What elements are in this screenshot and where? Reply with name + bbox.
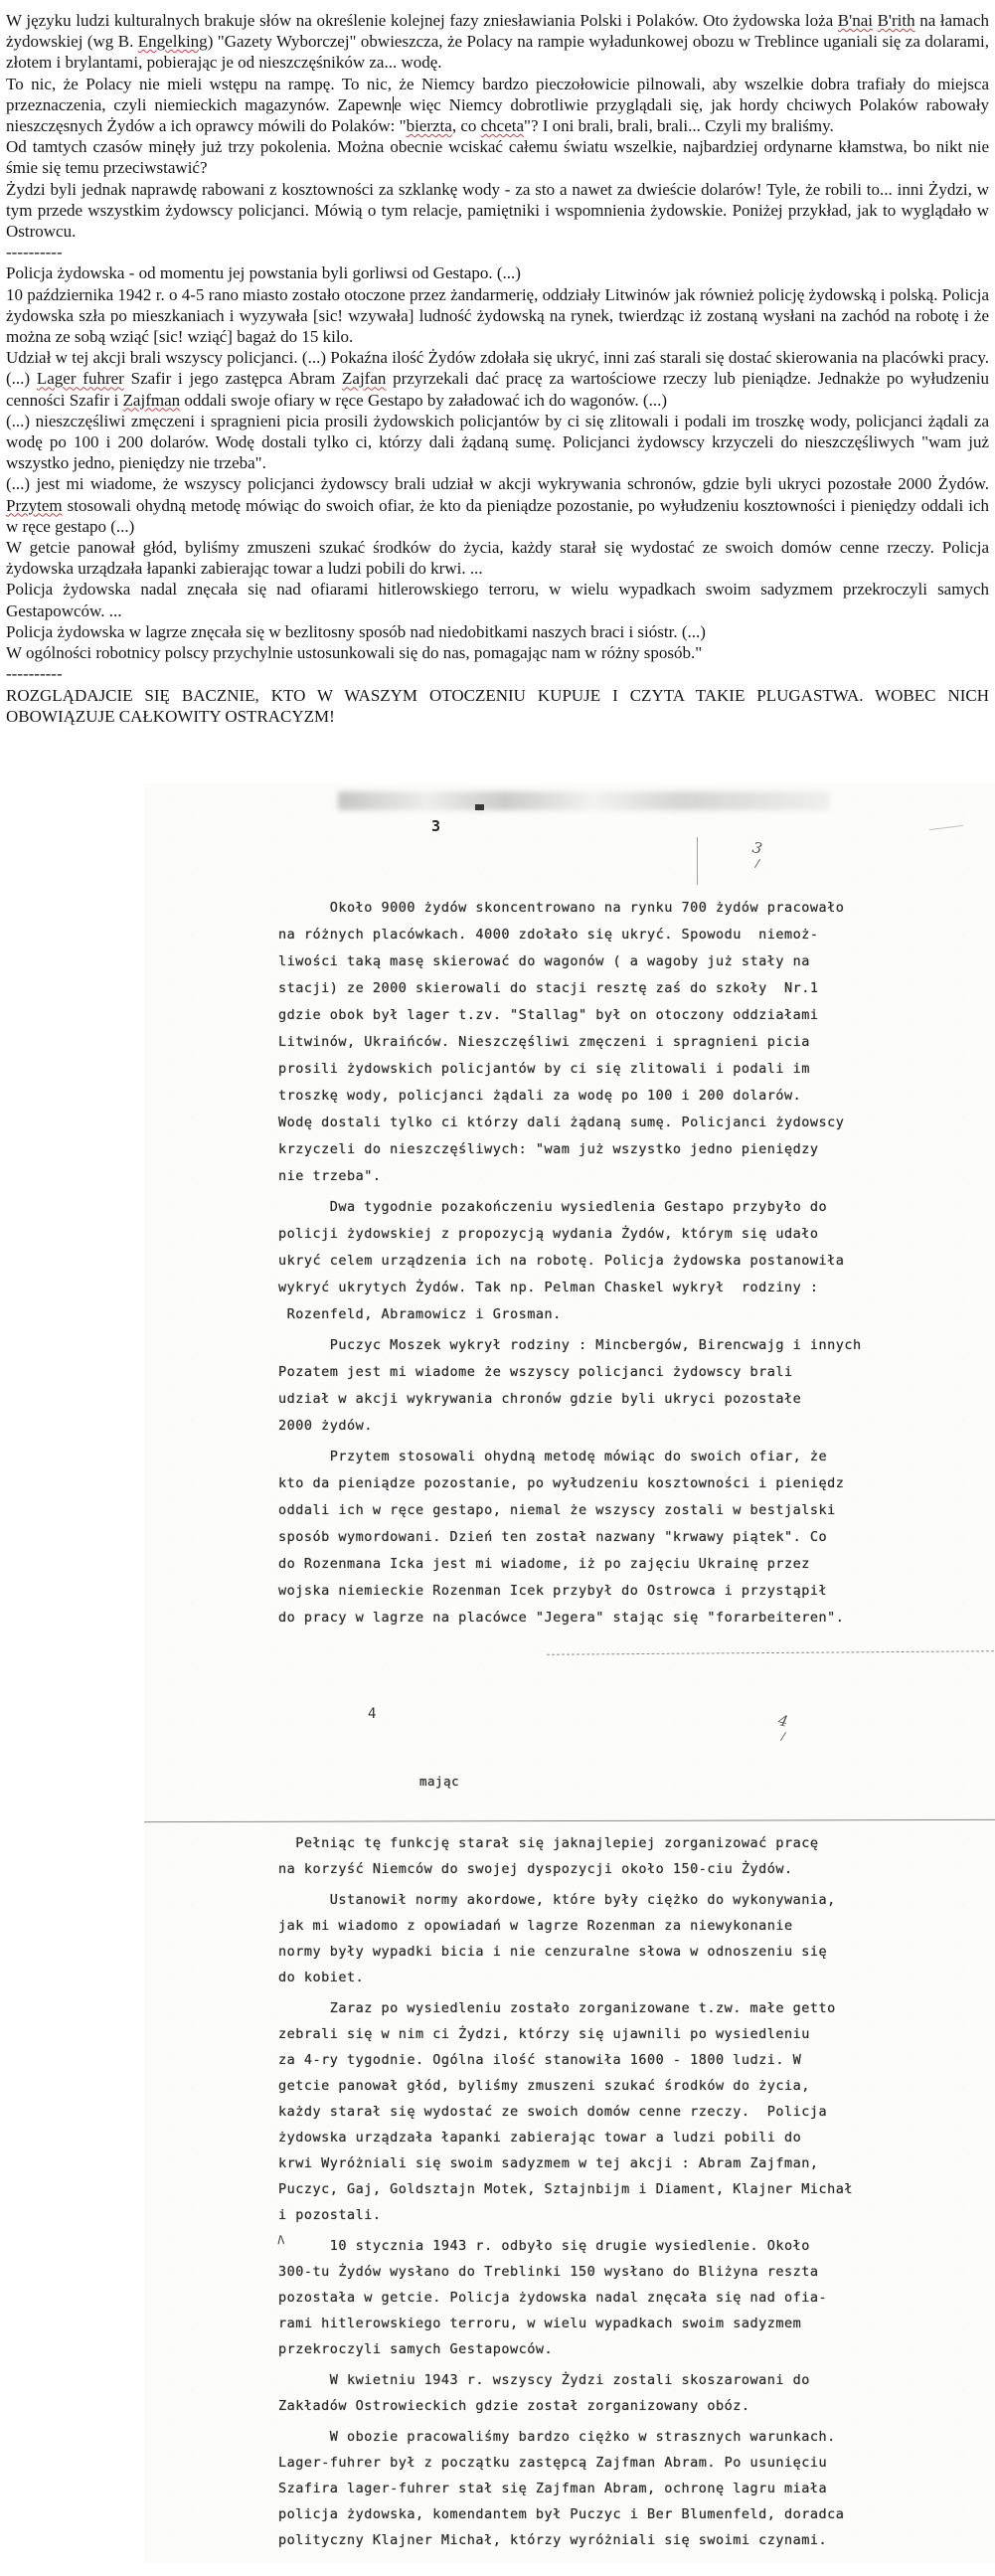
- paragraph: Policja żydowska - od momentu jej powsta…: [6, 262, 989, 283]
- text-segment: ----------: [6, 664, 63, 683]
- ink-blot: [475, 804, 484, 810]
- typewritten-line: kto da pieniądze pozostanie, po wyłudzen…: [278, 1470, 862, 1497]
- typewritten-line: pozostała w getcie. Policja żydowska nad…: [278, 2285, 853, 2311]
- typewritten-line: Pełniąc tę funkcję starał się jaknajlepi…: [278, 1830, 853, 1856]
- text-segment: Od tamtych czasów minęły już trzy pokole…: [6, 137, 989, 177]
- typewritten-paragraph: Ustanowił normy akordowe, które były cię…: [278, 1887, 853, 1990]
- typewritten-line: i pozostali.: [278, 2202, 853, 2228]
- page3-number: 3: [431, 817, 440, 835]
- typewritten-line: normy były wypadki bicia i nie cenzuraln…: [278, 1939, 853, 1965]
- paragraph: Policja żydowska w lagrze znęcała się w …: [6, 621, 989, 642]
- text-segment: oddali swoje ofiary w ręce Gestapo by za…: [180, 391, 667, 410]
- typewritten-line: krwi Wyróżniali się swoim sadyzmem w tej…: [278, 2150, 853, 2176]
- misspelled-word: bierzta: [407, 116, 452, 135]
- paragraph: W getcie panował głód, byliśmy zmuszeni …: [6, 537, 989, 579]
- page3-typed-text: Około 9000 żydów skoncentrowano na rynku…: [278, 895, 862, 1631]
- paragraph: 10 października 1942 r. o 4-5 rano miast…: [6, 284, 989, 348]
- typewritten-line: jak mi wiadomo z opowiadań w lagrze Roze…: [278, 1913, 853, 1939]
- typewritten-line: za 4-ry tygodnie. Ogólna ilość stanowiła…: [278, 2047, 853, 2073]
- scanned-document: 3 3 Około 9000 żydów skoncentrowano na r…: [144, 783, 995, 2563]
- typewritten-line: stacji) ze 2000 skierowali do stacji res…: [278, 975, 862, 1002]
- typewritten-line: do kobiet.: [278, 1965, 853, 1990]
- text-segment: Policja żydowska w lagrze znęcała się w …: [6, 622, 706, 641]
- interline-inserted-word: mając: [419, 1774, 459, 1789]
- typewritten-paragraph: W kwietniu 1943 r. wszyscy Żydzi zostali…: [278, 2367, 853, 2419]
- typewritten-line: 2000 żydów.: [278, 1413, 862, 1440]
- typewritten-line: Szafira lager-fuhrer stał się Zajfman Ab…: [278, 2476, 853, 2501]
- handwritten-mark-page3: 3: [750, 838, 763, 858]
- typewritten-line: Pozatem jest mi wiadome że wszyscy polic…: [278, 1359, 862, 1386]
- typewritten-line: Około 9000 żydów skoncentrowano na rynku…: [278, 895, 862, 922]
- text-segment: ----------: [6, 243, 63, 261]
- text-segment: W ogólności robotnicy polscy przychylnie…: [6, 643, 702, 662]
- typewritten-paragraph: Zaraz po wysiedleniu zostało zorganizowa…: [278, 1995, 853, 2228]
- handwritten-slash-page4: [780, 1732, 786, 1741]
- typewritten-line: Litwinów, Ukraińców. Nieszczęśliwi zmęcz…: [278, 1029, 862, 1056]
- paragraph: ----------: [6, 242, 989, 262]
- typewritten-line: do Rozenmana Icka jest mi wiadome, iż po…: [278, 1551, 862, 1578]
- paragraph: Żydzi byli jednak naprawdę rabowani z ko…: [6, 179, 989, 243]
- typewritten-line: nie trzeba".: [278, 1163, 862, 1190]
- typewritten-line: na korzyść Niemców do swojej dyspozycji …: [278, 1856, 853, 1882]
- typewritten-line: Zaraz po wysiedleniu zostało zorganizowa…: [278, 1995, 853, 2021]
- typewritten-paragraph: Około 9000 żydów skoncentrowano na rynku…: [278, 895, 862, 1190]
- handwritten-slash-page3: [754, 859, 760, 868]
- typewritten-paragraph: W obozie pracowaliśmy bardzo ciężko w st…: [278, 2424, 853, 2553]
- typewritten-line: polityczny Klajner Michał, którzy wyróżn…: [278, 2527, 853, 2553]
- typewritten-line: każdy starał się wydostać ze swoich domó…: [278, 2099, 853, 2125]
- page4-number: 4: [368, 1706, 376, 1722]
- paragraph: To nic, że Polacy nie mieli wstępu na ra…: [6, 74, 989, 137]
- typewritten-line: Puczyc Moszek wykrył rodziny : Mincbergó…: [278, 1332, 862, 1359]
- typewritten-line: Przytem stosowali ohydną metodę mówiąc d…: [278, 1444, 862, 1470]
- text-segment: 10 października 1942 r. o 4-5 rano miast…: [6, 285, 989, 346]
- typewritten-line: przekroczyli samych Gestapowców.: [278, 2336, 853, 2362]
- page-divider-line: [547, 1650, 994, 1655]
- paragraph: W języku ludzi kulturalnych brakuje słów…: [6, 10, 989, 74]
- typewritten-line: rami hitlerowskiego terroru, w wielu wyp…: [278, 2311, 853, 2336]
- paragraph: ROZGLĄDAJCIE SIĘ BACZNIE, KTO W WASZYM O…: [6, 685, 989, 727]
- text-segment: stosowali ohydną metodę mówiąc do swoich…: [6, 496, 989, 536]
- misspelled-word: chceta: [481, 116, 524, 135]
- typewritten-line: troszkę wody, policjanci żądali za wodę …: [278, 1083, 862, 1110]
- typewritten-paragraph: Puczyc Moszek wykrył rodziny : Mincbergó…: [278, 1332, 862, 1440]
- paragraph: (...) nieszczęśliwi zmęczeni i spragnien…: [6, 411, 989, 474]
- typewritten-line: 10 stycznia 1943 r. odbyło się drugie wy…: [278, 2233, 853, 2259]
- typewritten-line: do pracy w lagrze na placówce "Jegera" s…: [278, 1605, 862, 1631]
- paragraph: W ogólności robotnicy polscy przychylnie…: [6, 642, 989, 663]
- typewritten-paragraph: Dwa tygodnie pozakończeniu wysiedlenia G…: [278, 1194, 862, 1328]
- typewritten-line: gdzie obok był lager t.zv. "Stallag" był…: [278, 1002, 862, 1029]
- typewritten-line: W kwietniu 1943 r. wszyscy Żydzi zostali…: [278, 2367, 853, 2393]
- page4-typed-text: mając Pełniąc tę funkcję starał się jakn…: [278, 1783, 853, 2553]
- paragraph: Policja żydowska nadal znęcała się nad o…: [6, 579, 989, 620]
- typewritten-line: sposób wymordowani. Dzień ten został naz…: [278, 1524, 862, 1551]
- paragraph: (...) jest mi wiadome, że wszyscy policj…: [6, 473, 989, 537]
- paragraph: Udział w tej akcji brali wszyscy policja…: [6, 347, 989, 411]
- typewritten-line: policji żydowskiej z propozycją wydania …: [278, 1221, 862, 1248]
- typewritten-line: udział w akcji wykrywania chronów gdzie …: [278, 1386, 862, 1413]
- text-segment: Żydzi byli jednak naprawdę rabowani z ko…: [6, 180, 989, 241]
- text-segment: "? I oni brali, brali, brali... Czyli my…: [524, 116, 834, 135]
- misspelled-word: B'nai: [838, 11, 873, 30]
- typewritten-line: W obozie pracowaliśmy bardzo ciężko w st…: [278, 2424, 853, 2450]
- typewritten-line: na różnych placówkach. 4000 zdołało się …: [278, 922, 862, 948]
- typewritten-paragraph: Pełniąc tę funkcję starał się jaknajlepi…: [278, 1830, 853, 1882]
- typewritten-line: policja żydowska, komendantem był Puczyc…: [278, 2501, 853, 2527]
- text-segment: (...) jest mi wiadome, że wszyscy policj…: [6, 474, 989, 493]
- typewritten-line: ukryć celem urządzenia ich na robotę. Po…: [278, 1248, 862, 1275]
- typewritten-line: Lager-fuhrer był z początku zastępcą Zaj…: [278, 2450, 853, 2476]
- typewritten-line: getcie panował głód, byliśmy zmuszeni sz…: [278, 2073, 853, 2099]
- misspelled-word: Lager fuhrer: [37, 369, 124, 388]
- text-segment: W getcie panował głód, byliśmy zmuszeni …: [6, 538, 989, 578]
- typewritten-paragraph: 10 stycznia 1943 r. odbyło się drugie wy…: [278, 2233, 853, 2362]
- misspelled-word: B'rith: [878, 11, 915, 30]
- text-segment: (...) nieszczęśliwi zmęczeni i spragnien…: [6, 412, 989, 472]
- misspelled-word: Engelking: [138, 32, 208, 51]
- text-segment: W języku ludzi kulturalnych brakuje słów…: [6, 11, 838, 30]
- text-segment: , co: [452, 116, 481, 135]
- typewritten-line: Rozenfeld, Abramowicz i Grosman.: [278, 1301, 862, 1328]
- typewritten-line: Ustanowił normy akordowe, które były cię…: [278, 1887, 853, 1913]
- typewritten-line: żydowska urządzała łapanki zabierając to…: [278, 2125, 853, 2150]
- typewritten-line: prosili żydowskich policjantów by ci się…: [278, 1056, 862, 1083]
- misspelled-word: Przytem: [6, 496, 63, 515]
- text-segment: ROZGLĄDAJCIE SIĘ BACZNIE, KTO W WASZYM O…: [6, 686, 989, 726]
- scan-smudge: [338, 791, 830, 810]
- typewritten-line: krzyczeli do nieszczęśliwych: "wam już w…: [278, 1136, 862, 1163]
- typewritten-line: Zakładów Ostrowieckich gdzie został zorg…: [278, 2393, 853, 2419]
- typewritten-paragraph: Przytem stosowali ohydną metodę mówiąc d…: [278, 1444, 862, 1631]
- typewritten-line: wojska niemieckie Rozenman Icek przybył …: [278, 1578, 862, 1605]
- paragraph: Od tamtych czasów minęły już trzy pokole…: [6, 136, 989, 178]
- text-segment: Szafir i jego zastępca Abram: [124, 369, 342, 388]
- typewritten-line: Dwa tygodnie pozakończeniu wysiedlenia G…: [278, 1194, 862, 1221]
- handwritten-mark-page4: 4: [776, 1711, 789, 1731]
- article-text: W języku ludzi kulturalnych brakuje słów…: [6, 10, 989, 727]
- text-segment: Policja żydowska nadal znęcała się nad o…: [6, 580, 989, 619]
- typewritten-line: zebrali się w nim ci Żydzi, którzy się u…: [278, 2021, 853, 2047]
- scan-fold-mark: [929, 825, 963, 830]
- text-segment: Policja żydowska - od momentu jej powsta…: [6, 263, 521, 282]
- typewritten-line: 300-tu Żydów wysłano do Treblinki 150 wy…: [278, 2259, 853, 2285]
- typewritten-line: Puczyc, Gaj, Goldsztajn Motek, Sztajnbij…: [278, 2176, 853, 2202]
- paragraph: ----------: [6, 663, 989, 684]
- scan-vertical-line: [697, 837, 698, 885]
- misspelled-word: Zajfan: [342, 369, 386, 388]
- typewritten-line: oddali ich w ręce gestapo, niemal że wsz…: [278, 1497, 862, 1524]
- typewritten-line: Wodę dostali tylko ci którzy dali żądaną…: [278, 1110, 862, 1136]
- typewritten-line: wykryć ukrytych Żydów. Tak np. Pelman Ch…: [278, 1275, 862, 1301]
- misspelled-word: Zajfman: [123, 391, 181, 410]
- typewritten-line: liwości taką masę skierować do wagonów (…: [278, 948, 862, 975]
